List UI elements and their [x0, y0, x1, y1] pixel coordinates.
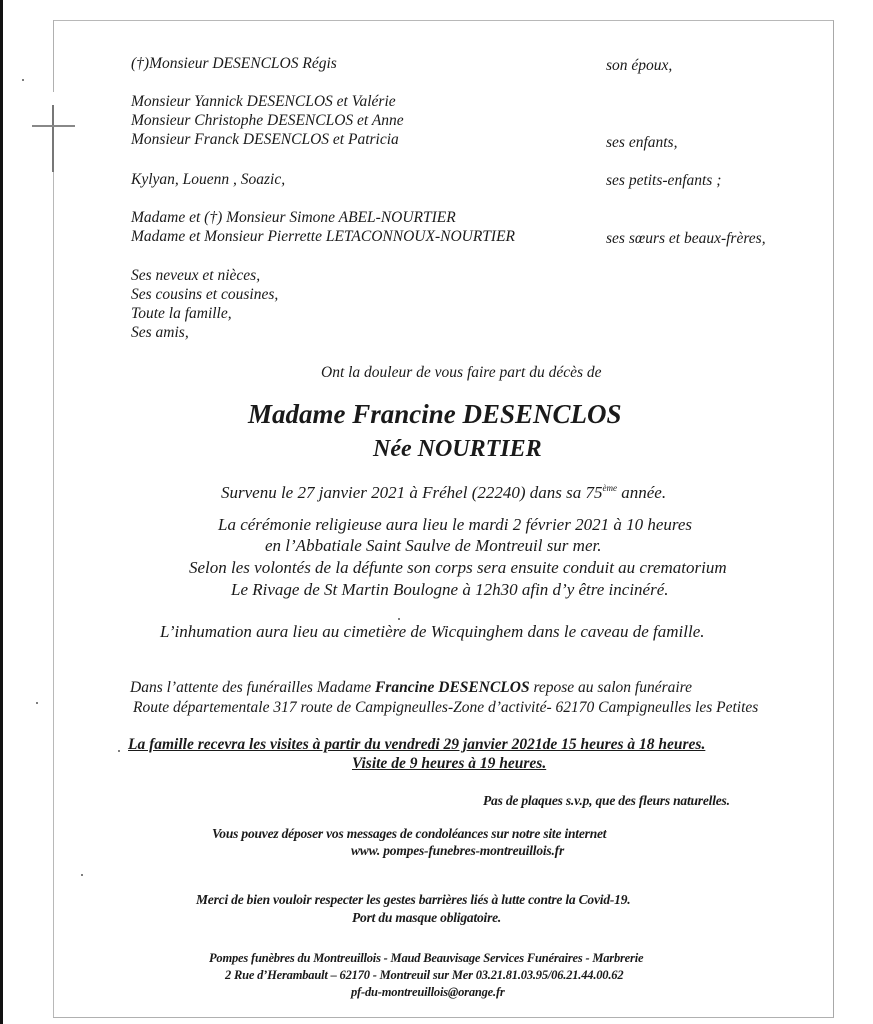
funeral-home-address: Route départementale 317 route de Campig… [133, 698, 758, 717]
other-family-line: Ses amis, [131, 323, 189, 342]
burial-line: L’inhumation aura lieu au cimetière de W… [160, 622, 705, 641]
child-name: Monsieur Franck DESENCLOS et Patricia [131, 130, 399, 149]
death-details: Survenu le 27 janvier 2021 à Fréhel (222… [221, 483, 666, 502]
children-relation: ses enfants, [606, 133, 677, 152]
page-frame-left-bottom [53, 172, 54, 1017]
covid-note: Merci de bien vouloir respecter les gest… [196, 890, 630, 909]
spouse-relation: son époux, [606, 56, 672, 75]
funeral-home-prefix: Dans l’attente des funérailles Madame [130, 679, 375, 696]
death-details-suffix: année. [617, 483, 666, 502]
mask-note: Port du masque obligatoire. [352, 908, 501, 927]
scan-speck [36, 702, 38, 704]
maiden-name: Née NOURTIER [373, 435, 542, 463]
cross-icon-vertical [52, 105, 54, 172]
ceremony-line: Selon les volontés de la défunte son cor… [189, 558, 727, 577]
other-family-line: Ses cousins et cousines, [131, 285, 278, 304]
visits-hours: Visite de 9 heures à 19 heures. [352, 754, 546, 773]
cross-icon-horizontal [32, 125, 75, 127]
funeral-home-line: Dans l’attente des funérailles Madame Fr… [130, 678, 692, 697]
grandchildren-relation: ses petits-enfants ; [606, 171, 721, 190]
scan-speck [118, 750, 120, 752]
scan-speck [398, 618, 400, 620]
scan-speck [81, 874, 83, 876]
death-details-text: Survenu le 27 janvier 2021 à Fréhel (222… [221, 483, 603, 502]
announcement-intro: Ont la douleur de vous faire part du déc… [321, 363, 602, 382]
death-details-sup: ème [603, 483, 618, 493]
scan-speck [22, 79, 24, 81]
other-family-line: Toute la famille, [131, 304, 232, 323]
sibling-name: Madame et Monsieur Pierrette LETACONNOUX… [131, 227, 515, 246]
sibling-name: Madame et (†) Monsieur Simone ABEL-NOURT… [131, 208, 456, 227]
visits-line: La famille recevra les visites à partir … [128, 735, 705, 754]
spouse-name: (†)Monsieur DESENCLOS Régis [131, 54, 337, 73]
deceased-name: Madame Francine DESENCLOS [248, 398, 622, 430]
funeral-home-deceased-name: Francine DESENCLOS [375, 679, 530, 696]
website-link[interactable]: www. pompes-funebres-montreuillois.fr [351, 841, 564, 860]
ceremony-line: La cérémonie religieuse aura lieu le mar… [218, 515, 692, 534]
scan-edge [0, 0, 3, 1024]
footer-email[interactable]: pf-du-montreuillois@orange.fr [351, 983, 505, 1002]
flowers-note: Pas de plaques s.v.p, que des fleurs nat… [483, 791, 730, 810]
child-name: Monsieur Christophe DESENCLOS et Anne [131, 111, 404, 130]
other-family-line: Ses neveux et nièces, [131, 266, 260, 285]
child-name: Monsieur Yannick DESENCLOS et Valérie [131, 92, 396, 111]
funeral-home-suffix: repose au salon funéraire [530, 679, 692, 696]
page-frame-left-top [53, 20, 54, 92]
ceremony-line: Le Rivage de St Martin Boulogne à 12h30 … [231, 580, 669, 599]
grandchildren-names: Kylyan, Louenn , Soazic, [131, 170, 285, 189]
ceremony-line: en l’Abbatiale Saint Saulve de Montreuil… [265, 536, 601, 555]
siblings-relation: ses sœurs et beaux-frères, [606, 229, 766, 248]
